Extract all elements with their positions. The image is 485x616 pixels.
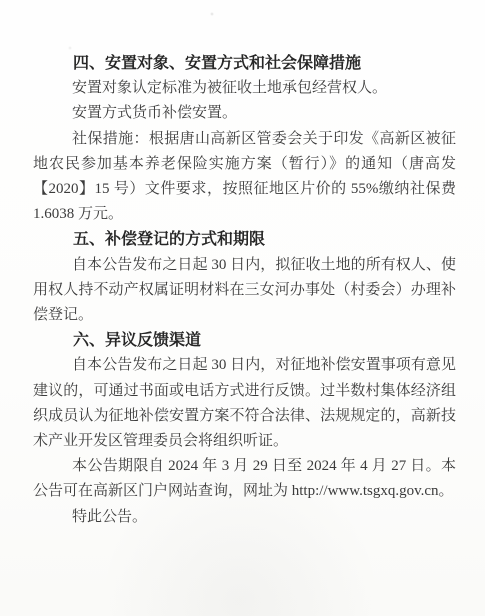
compensation-registration-paragraph: 自本公告发布之日起 30 日内，拟征收土地的所有权人、使用权人持不动产权属证明材… — [33, 253, 456, 329]
resettlement-target-paragraph: 安置对象认定标准为被征收土地承包经营权人。 — [33, 76, 456, 101]
social-security-paragraph: 社保措施：根据唐山高新区管委会关于印发《高新区被征地农民参加基本养老保险实施方案… — [33, 127, 456, 228]
resettlement-method-paragraph: 安置方式货币补偿安置。 — [33, 101, 456, 126]
document-page: 四、安置对象、安置方式和社会保障措施 安置对象认定标准为被征收土地承包经营权人。… — [0, 0, 485, 616]
section-5-heading: 五、补偿登记的方式和期限 — [33, 227, 456, 252]
section-4-heading: 四、安置对象、安置方式和社会保障措施 — [33, 51, 456, 76]
document-body: 四、安置对象、安置方式和社会保障措施 安置对象认定标准为被征收土地承包经营权人。… — [33, 51, 456, 530]
notice-period-paragraph: 本公告期限自 2024 年 3 月 29 日至 2024 年 4 月 27 日。… — [33, 454, 456, 504]
section-6-heading: 六、异议反馈渠道 — [33, 328, 456, 353]
hereby-announced-paragraph: 特此公告。 — [33, 505, 456, 530]
objection-feedback-paragraph: 自本公告发布之日起 30 日内，对征地补偿安置事项有意见建议的，可通过书面或电话… — [33, 353, 456, 454]
